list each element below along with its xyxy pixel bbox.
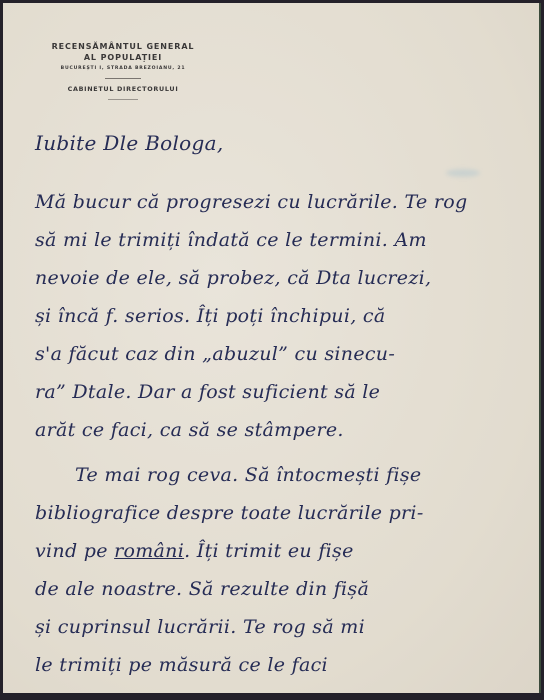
handwritten-line: Mă bucur că progresezi cu lucrările. Te … [35, 183, 527, 221]
handwritten-line: le trimiți pe măsură ce le faci [35, 646, 527, 684]
handwritten-line: de ale noastre. Să rezulte din fișă [35, 570, 527, 608]
letterhead-title-line2: AL POPULAȚIEI [33, 52, 213, 63]
letterhead-address: BUCUREȘTI I, STRADA BREZOIANU, 21 [33, 66, 213, 71]
underlined-word: români [114, 540, 184, 562]
letter-page: RECENSĂMÂNTUL GENERAL AL POPULAȚIEI BUCU… [3, 3, 541, 693]
handwritten-line: vind pe români. Îți trimit eu fișe [35, 532, 527, 570]
letterhead-title-line1: RECENSĂMÂNTUL GENERAL [33, 41, 213, 52]
letterhead: RECENSĂMÂNTUL GENERAL AL POPULAȚIEI BUCU… [33, 41, 213, 100]
handwritten-line: arăt ce faci, ca să se stâmpere. [35, 411, 527, 449]
paragraph-2: Te mai rog ceva. Să întocmești fișe bibl… [35, 456, 527, 684]
handwritten-line: să mi le trimiți îndată ce le termini. A… [35, 221, 527, 259]
salutation: Iubite Dle Bologa, [35, 131, 527, 155]
handwritten-line: ra” Dtale. Dar a fost suficient să le [35, 373, 527, 411]
handwritten-line: bibliografice despre toate lucrările pri… [35, 494, 527, 532]
letterhead-divider [105, 78, 141, 79]
handwritten-line: Te mai rog ceva. Să întocmești fișe [35, 456, 527, 494]
letterhead-department: CABINETUL DIRECTORULUI [33, 85, 213, 93]
handwritten-line: și încă f. serios. Îți poți închipui, că [35, 297, 527, 335]
handwritten-line: nevoie de ele, să probez, că Dta lucrezi… [35, 259, 527, 297]
handwritten-line: s'a făcut caz din „abuzul” cu sinecu- [35, 335, 527, 373]
ink-smudge [446, 169, 480, 177]
letterhead-divider-2 [108, 99, 138, 100]
handwritten-line: și cuprinsul lucrării. Te rog să mi [35, 608, 527, 646]
paragraph-1: Mă bucur că progresezi cu lucrările. Te … [35, 183, 527, 449]
